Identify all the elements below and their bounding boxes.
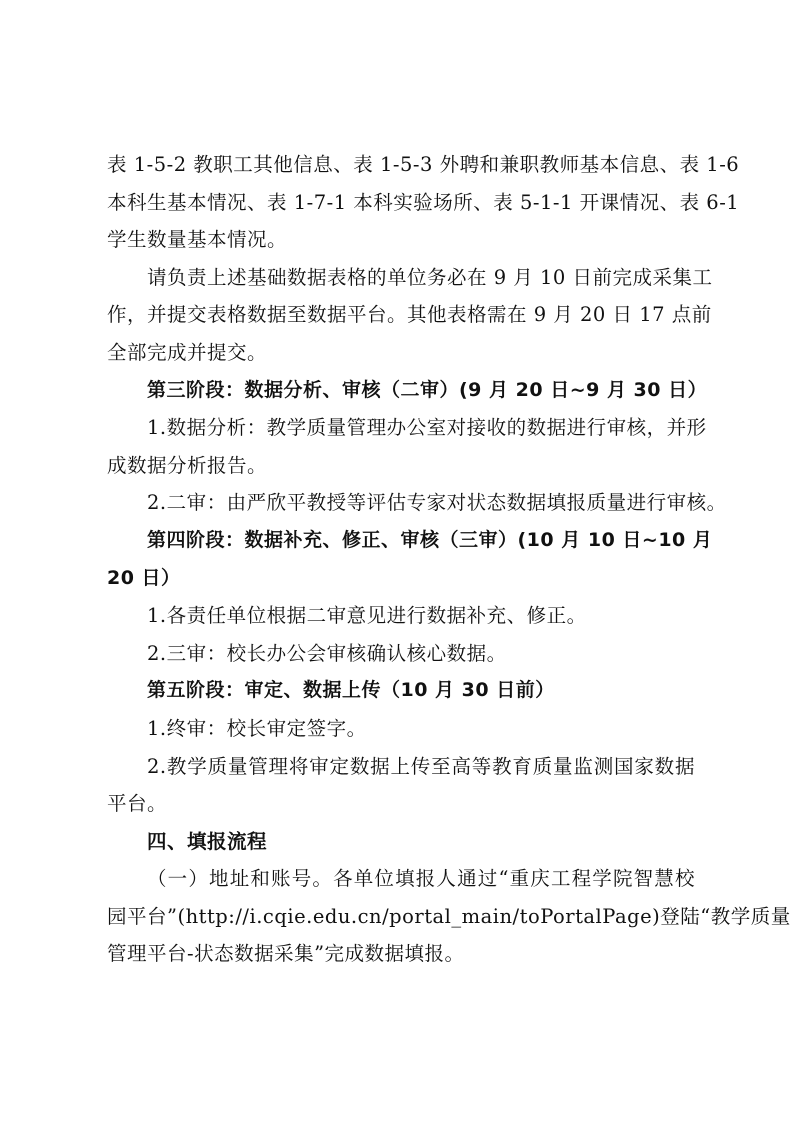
stage3-title: 第三阶段：数据分析、审核（二审）(9 月 20 日~9 月 30 日） [107, 372, 695, 410]
text-line: 本科生基本情况、表 1-7-1 本科实验场所、表 5-1-1 开课情况、表 6-… [107, 184, 695, 222]
stage5-title: 第五阶段：审定、数据上传（10 月 30 日前） [107, 672, 695, 710]
stage4-title-cont: 20 日） [107, 560, 695, 598]
section-heading: 四、填报流程 [107, 823, 695, 861]
text-line: 管理平台-状态数据采集”完成数据填报。 [107, 935, 695, 973]
text-line: 1.终审：校长审定签字。 [107, 710, 695, 748]
text-line: 1.各责任单位根据二审意见进行数据补充、修正。 [107, 597, 695, 635]
text-line: 2.三审：校长办公会审核确认核心数据。 [107, 635, 695, 673]
text-line: 作，并提交表格数据至数据平台。其他表格需在 9 月 20 日 17 点前 [107, 296, 695, 334]
text-line: （一）地址和账号。各单位填报人通过“重庆工程学院智慧校 [107, 860, 695, 898]
document-page: 表 1-5-2 教职工其他信息、表 1-5-3 外聘和兼职教师基本信息、表 1-… [107, 146, 695, 973]
text-line: 1.数据分析：教学质量管理办公室对接收的数据进行审核，并形 [107, 409, 695, 447]
text-line: 请负责上述基础数据表格的单位务必在 9 月 10 日前完成采集工 [107, 259, 695, 297]
text-line: 全部完成并提交。 [107, 334, 695, 372]
text-line: 2.二审：由严欣平教授等评估专家对状态数据填报质量进行审核。 [107, 484, 695, 522]
text-line: 平台。 [107, 785, 695, 823]
text-line: 学生数量基本情况。 [107, 221, 695, 259]
text-line: 成数据分析报告。 [107, 447, 695, 485]
stage4-title: 第四阶段：数据补充、修正、审核（三审）(10 月 10 日~10 月 [107, 522, 695, 560]
text-line: 表 1-5-2 教职工其他信息、表 1-5-3 外聘和兼职教师基本信息、表 1-… [107, 146, 695, 184]
text-line: 园平台”(http://i.cqie.edu.cn/portal_main/to… [107, 898, 695, 936]
text-line: 2.教学质量管理将审定数据上传至高等教育质量监测国家数据 [107, 748, 695, 786]
